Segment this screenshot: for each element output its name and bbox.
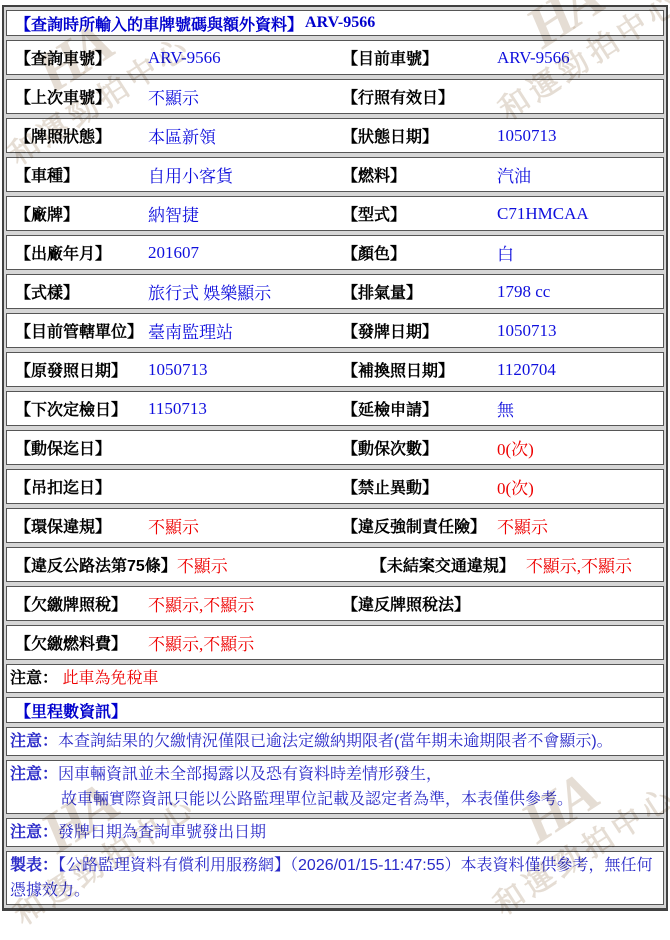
field-row: 【牌照狀態】 本區新領 【狀態日期】 1050713 (6, 118, 664, 153)
field-label-2: 【未結案交通違規】 (371, 553, 526, 576)
field-value-1: 不顯示 (177, 552, 371, 577)
field-label-2: 【狀態日期】 (342, 124, 497, 147)
field-value-2: 1798 cc (497, 282, 659, 302)
note-prefix: 注意： (10, 670, 58, 687)
field-value-1: 1050713 (148, 360, 342, 380)
field-label-1: 【上次車號】 (15, 85, 148, 108)
field-label-2: 【禁止異動】 (342, 475, 497, 498)
field-label-1: 【原發照日期】 (15, 358, 148, 381)
field-label-2: 【行照有效日】 (342, 85, 497, 108)
field-row: 【查詢車號】 ARV-9566 【目前車號】 ARV-9566 (6, 40, 664, 75)
field-label-1: 【出廠年月】 (15, 241, 148, 264)
field-value-1: 不顯示 (148, 513, 342, 538)
field-label-1: 【環保違規】 (15, 514, 148, 537)
vehicle-info-table: 【查詢時所輸入的車牌號碼與額外資料】ARV-9566 【查詢車號】 ARV-95… (2, 5, 668, 911)
field-label-2: 【燃料】 (342, 163, 497, 186)
note-text: 發牌日期為查詢車號發出日期 (58, 824, 266, 841)
field-row: 【環保違規】 不顯示 【違反強制責任險】 不顯示 (6, 508, 664, 543)
field-value-1: 不顯示,不顯示 (148, 591, 342, 616)
field-row: 【動保迄日】 【動保次數】 0(次) (6, 430, 664, 465)
page-title: 【查詢時所輸入的車牌號碼與額外資料】 (15, 12, 303, 35)
field-value-2: 不顯示,不顯示 (526, 552, 659, 577)
tax-note-row: 注意： 此車為免稅車 (6, 664, 664, 693)
field-value-1: 臺南監理站 (148, 318, 342, 343)
note-prefix: 注意： (10, 824, 58, 841)
field-label-2: 【目前車號】 (342, 46, 497, 69)
field-value-1: 不顯示,不顯示 (148, 630, 342, 655)
field-label-1: 【式樣】 (15, 280, 148, 303)
note-row-disclaimer: 注意：因車輛資訊並未全部揭露以及恐有資料時差情形發生， 故車輛實際資訊只能以公路… (6, 760, 664, 814)
field-row: 【吊扣迄日】 【禁止異動】 0(次) (6, 469, 664, 504)
field-label-1: 【動保迄日】 (15, 436, 148, 459)
field-value-1: 不顯示 (148, 84, 342, 109)
tax-note-text: 此車為免稅車 (62, 670, 158, 687)
field-value-2: 白 (497, 240, 659, 265)
field-value-2: 1050713 (497, 321, 659, 341)
field-label-1: 【牌照狀態】 (15, 124, 148, 147)
field-value-1: 自用小客貨 (148, 162, 342, 187)
field-label-1: 【下次定檢日】 (15, 397, 148, 420)
field-row: 【上次車號】 不顯示 【行照有效日】 (6, 79, 664, 114)
field-value-1: 201607 (148, 243, 342, 263)
field-row: 【廠牌】 納智捷 【型式】 C71HMCAA (6, 196, 664, 231)
field-row: 【出廠年月】 201607 【顏色】 白 (6, 235, 664, 270)
field-value-1: 納智捷 (148, 201, 342, 226)
field-label-2: 【延檢申請】 (342, 397, 497, 420)
note-text-line1: 因車輛資訊並未全部揭露以及恐有資料時差情形發生， (58, 766, 442, 783)
field-label-1: 【欠繳牌照稅】 (15, 592, 148, 615)
field-row: 【目前管轄單位】 臺南監理站 【發牌日期】 1050713 (6, 313, 664, 348)
field-value-2: 1120704 (497, 360, 659, 380)
field-label-1: 【廠牌】 (15, 202, 148, 225)
mileage-section-title: 【里程數資訊】 (15, 699, 127, 722)
field-label-1: 【違反公路法第75條】 (15, 553, 177, 576)
field-value-2: C71HMCAA (497, 204, 659, 224)
field-value-1: ARV-9566 (148, 48, 342, 68)
field-row: 【原發照日期】 1050713 【補換照日期】 1120704 (6, 352, 664, 387)
field-label-1: 【吊扣迄日】 (15, 475, 148, 498)
field-label-1: 【車種】 (15, 163, 148, 186)
field-label-2: 【違反牌照稅法】 (342, 592, 497, 615)
report-maker-prefix: 製表： (10, 857, 58, 874)
field-value-2: 0(次) (497, 474, 659, 499)
queried-plate-number: ARV-9566 (305, 14, 375, 32)
field-label-2: 【型式】 (342, 202, 497, 225)
note-text: 本查詢結果的欠繳情況僅限已逾法定繳納期限者(當年期未逾期限者不會顯示)。 (58, 733, 613, 750)
field-row: 【欠繳牌照稅】 不顯示,不顯示 【違反牌照稅法】 (6, 586, 664, 621)
field-label-2: 【排氣量】 (342, 280, 497, 303)
field-value-2: ARV-9566 (497, 48, 659, 68)
field-value-2: 不顯示 (497, 513, 659, 538)
note-text-line2: 故車輛實際資訊只能以公路監理單位記載及認定者為準，本表僅供參考。 (61, 787, 659, 812)
mileage-header-row: 【里程數資訊】 (6, 697, 664, 723)
field-row: 【違反公路法第75條】 不顯示 【未結案交通違規】 不顯示,不顯示 (6, 547, 664, 582)
field-label-2: 【違反強制責任險】 (342, 514, 497, 537)
field-label-1: 【查詢車號】 (15, 46, 148, 69)
field-label-2: 【發牌日期】 (342, 319, 497, 342)
field-label-2: 【補換照日期】 (342, 358, 497, 381)
field-row: 【欠繳燃料費】 不顯示,不顯示 (6, 625, 664, 660)
field-label-2: 【動保次數】 (342, 436, 497, 459)
field-value-1: 1150713 (148, 399, 342, 419)
note-row-issue-date: 注意：發牌日期為查詢車號發出日期 (6, 818, 664, 847)
field-value-1: 旅行式 娛樂顯示 (148, 279, 342, 304)
vehicle-query-result-page: 【查詢時所輸入的車牌號碼與額外資料】ARV-9566 【查詢車號】 ARV-95… (0, 0, 670, 913)
field-label-1: 【欠繳燃料費】 (15, 631, 148, 654)
note-prefix: 注意： (10, 766, 58, 783)
note-row-overdue: 注意：本查詢結果的欠繳情況僅限已逾法定繳納期限者(當年期未逾期限者不會顯示)。 (6, 727, 664, 756)
field-row: 【車種】 自用小客貨 【燃料】 汽油 (6, 157, 664, 192)
footer-row: 製表：【公路監理資料有償利用服務網】（2026/01/15-11:47:55）本… (6, 851, 664, 905)
field-row: 【式樣】 旅行式 娛樂顯示 【排氣量】 1798 cc (6, 274, 664, 309)
field-value-2: 汽油 (497, 162, 659, 187)
field-label-1: 【目前管轄單位】 (15, 319, 148, 342)
field-value-2: 0(次) (497, 435, 659, 460)
report-maker-text: 【公路監理資料有償利用服務網】（2026/01/15-11:47:55）本表資料… (10, 857, 653, 899)
note-prefix: 注意： (10, 733, 58, 750)
field-value-2: 無 (497, 396, 659, 421)
table-header-row: 【查詢時所輸入的車牌號碼與額外資料】ARV-9566 (6, 10, 664, 36)
field-value-1: 本區新領 (148, 123, 342, 148)
field-value-2: 1050713 (497, 126, 659, 146)
field-label-2: 【顏色】 (342, 241, 497, 264)
field-row: 【下次定檢日】 1150713 【延檢申請】 無 (6, 391, 664, 426)
